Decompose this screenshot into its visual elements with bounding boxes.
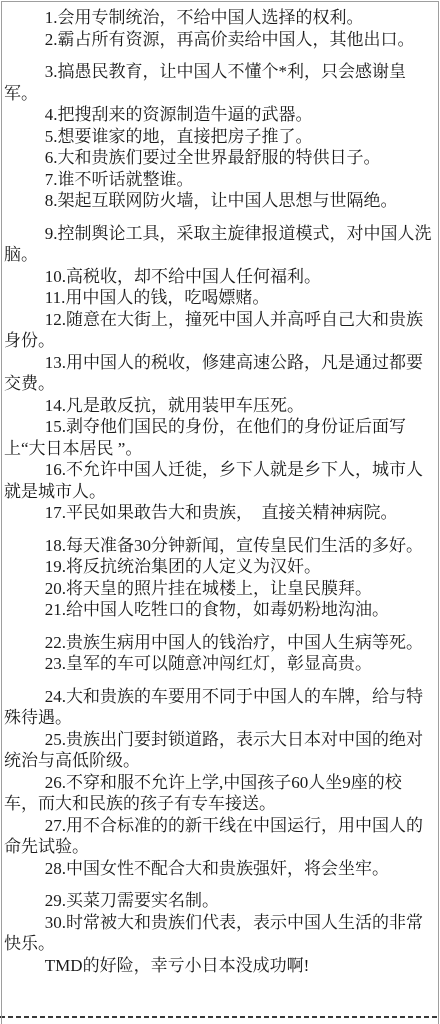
item-text: 控制舆论工具，采取主旋律报道模式，对中国人洗脑。 <box>4 224 432 265</box>
item-text: 中国女性不配合大和贵族强奸，将会坐牢。 <box>66 859 389 878</box>
item-text: 给中国人吃牲口的食物，如毒奶粉地沟油。 <box>66 600 389 619</box>
list-item: 26.不穿和服不允许上学,中国孩子60人坐9座的校车，而大和民族的孩子有专车接送… <box>4 772 435 815</box>
item-text: 将反抗统治集团的人定义为汉奸。 <box>66 557 321 576</box>
item-number: 29. <box>45 891 66 910</box>
list-item: 8.架起互联网防火墙，让中国人思想与世隔绝。 <box>4 190 435 212</box>
item-number: 7. <box>45 170 58 189</box>
item-number: 24. <box>45 687 66 706</box>
item-text: 贵族生病用中国人的钱治疗，中国人生病等死。 <box>66 633 423 652</box>
item-text: 将天皇的照片挂在城楼上，让皇民膜拜。 <box>66 579 372 598</box>
list-item: 25.贵族出门要封锁道路，表示大日本对中国的绝对统治与高低阶级。 <box>4 729 435 772</box>
item-number: 19. <box>45 557 66 576</box>
item-number: 22. <box>45 633 66 652</box>
item-number: 28. <box>45 859 66 878</box>
item-text: 架起互联网防火墙，让中国人思想与世隔绝。 <box>58 191 398 210</box>
item-text: 谁不听话就整谁。 <box>58 170 194 189</box>
list-item: 11.用中国人的钱，吃喝嫖赌。 <box>4 287 435 309</box>
item-text: 用不合标准的的新干线在中国运行，用中国人的命先试验。 <box>4 816 423 857</box>
item-text: 随意在大街上，撞死中国人并高呼自己大和贵族身份。 <box>4 310 423 351</box>
dashed-divider <box>0 1016 440 1018</box>
list-item: 7.谁不听话就整谁。 <box>4 169 435 191</box>
list-item: 1.会用专制统治，不给中国人选择的权利。 <box>4 7 435 29</box>
list-item: 14.凡是敢反抗，就用装甲车压死。 <box>4 395 435 417</box>
item-text: 搞愚民教育，让中国人不懂个*利，只会感谢皇军。 <box>4 62 406 103</box>
item-number: 13. <box>45 353 66 372</box>
item-number: 15. <box>45 417 66 436</box>
item-text: 平民如果敢告大和贵族， 直接关精神病院。 <box>66 503 398 522</box>
item-number: 18. <box>45 536 66 555</box>
list-item: 16.不允许中国人迁徙，乡下人就是乡下人，城市人就是城市人。 <box>4 459 435 502</box>
item-number: 23. <box>45 654 66 673</box>
item-number: 2. <box>45 30 58 49</box>
item-text: 大和贵族们要过全世界最舒服的特供日子。 <box>58 148 381 167</box>
item-text: 贵族出门要封锁道路，表示大日本对中国的绝对统治与高低阶级。 <box>4 730 423 771</box>
document-page: 1.会用专制统治，不给中国人选择的权利。2.霸占所有资源，再高价卖给中国人，其他… <box>0 0 440 1024</box>
item-text: 时常被大和贵族们代表，表示中国人生活的非常快乐。 <box>4 913 423 954</box>
item-text: 每天准备30分钟新闻，宣传皇民们生活的多好。 <box>66 536 423 555</box>
item-text: 想要谁家的地，直接把房子推了。 <box>58 127 313 146</box>
list-item: 3.搞愚民教育，让中国人不懂个*利，只会感谢皇军。 <box>4 61 435 104</box>
item-text: 大和贵族的车要用不同于中国人的车牌，给与特殊待遇。 <box>4 687 423 728</box>
item-number: 6. <box>45 148 58 167</box>
item-number: 27. <box>45 816 66 835</box>
item-number: 17. <box>45 503 66 522</box>
item-number: 5. <box>45 127 58 146</box>
item-text: 不允许中国人迁徙，乡下人就是乡下人，城市人就是城市人。 <box>4 460 423 501</box>
list-item: 23.皇军的车可以随意冲闯红灯，彰显高贵。 <box>4 653 435 675</box>
list-item: 30.时常被大和贵族们代表，表示中国人生活的非常快乐。 <box>4 912 435 955</box>
list-item: 18.每天准备30分钟新闻，宣传皇民们生活的多好。 <box>4 535 435 557</box>
list-item: 2.霸占所有资源，再高价卖给中国人，其他出口。 <box>4 29 435 51</box>
item-text: 高税收，却不给中国人任何福利。 <box>66 267 321 286</box>
item-number: 12. <box>45 310 66 329</box>
item-text: 霸占所有资源，再高价卖给中国人，其他出口。 <box>58 30 415 49</box>
item-number: 4. <box>45 105 58 124</box>
item-number: 20. <box>45 579 66 598</box>
item-text: 凡是敢反抗，就用装甲车压死。 <box>66 396 304 415</box>
item-number: 10. <box>45 267 66 286</box>
item-number: 1. <box>45 8 58 27</box>
item-number: 26. <box>45 773 66 792</box>
item-text: 用中国人的钱，吃喝嫖赌。 <box>65 288 269 307</box>
item-number: 16. <box>45 460 66 479</box>
list-item: 10.高税收，却不给中国人任何福利。 <box>4 266 435 288</box>
list-item: 5.想要谁家的地，直接把房子推了。 <box>4 126 435 148</box>
list-item: 21.给中国人吃牲口的食物，如毒奶粉地沟油。 <box>4 599 435 621</box>
list-item: 15.剥夺他们国民的身份，在他们的身份证后面写上“大日本居民 ”。 <box>4 416 435 459</box>
closing-remark: TMD的好险，幸亏小日本没成功啊! <box>4 955 435 977</box>
item-text: 皇军的车可以随意冲闯红灯，彰显高贵。 <box>66 654 372 673</box>
list-item: 24.大和贵族的车要用不同于中国人的车牌，给与特殊待遇。 <box>4 686 435 729</box>
post-text: 1.会用专制统治，不给中国人选择的权利。2.霸占所有资源，再高价卖给中国人，其他… <box>4 7 435 976</box>
item-number: 9. <box>45 224 58 243</box>
numbered-list: 1.会用专制统治，不给中国人选择的权利。2.霸占所有资源，再高价卖给中国人，其他… <box>4 7 435 955</box>
item-number: 30. <box>45 913 66 932</box>
list-item: 9.控制舆论工具，采取主旋律报道模式，对中国人洗脑。 <box>4 223 435 266</box>
list-item: 17.平民如果敢告大和贵族， 直接关精神病院。 <box>4 502 435 524</box>
list-item: 22.贵族生病用中国人的钱治疗，中国人生病等死。 <box>4 632 435 654</box>
item-text: 会用专制统治，不给中国人选择的权利。 <box>58 8 364 27</box>
list-item: 28.中国女性不配合大和贵族强奸，将会坐牢。 <box>4 858 435 880</box>
item-text: 买菜刀需要实名制。 <box>66 891 219 910</box>
item-number: 11. <box>45 288 66 307</box>
item-text: 用中国人的税收，修建高速公路，凡是通过都要交费。 <box>4 353 423 394</box>
list-item: 19.将反抗统治集团的人定义为汉奸。 <box>4 556 435 578</box>
list-item: 4.把搜刮来的资源制造牛逼的武器。 <box>4 104 435 126</box>
item-number: 8. <box>45 191 58 210</box>
list-item: 20.将天皇的照片挂在城楼上，让皇民膜拜。 <box>4 578 435 600</box>
item-number: 14. <box>45 396 66 415</box>
list-item: 29.买菜刀需要实名制。 <box>4 890 435 912</box>
item-number: 21. <box>45 600 66 619</box>
list-item: 6.大和贵族们要过全世界最舒服的特供日子。 <box>4 147 435 169</box>
item-number: 25. <box>45 730 66 749</box>
item-number: 3. <box>45 62 58 81</box>
list-item: 27.用不合标准的的新干线在中国运行，用中国人的命先试验。 <box>4 815 435 858</box>
item-text: 把搜刮来的资源制造牛逼的武器。 <box>58 105 313 124</box>
list-item: 12.随意在大街上，撞死中国人并高呼自己大和贵族身份。 <box>4 309 435 352</box>
list-item: 13.用中国人的税收，修建高速公路，凡是通过都要交费。 <box>4 352 435 395</box>
